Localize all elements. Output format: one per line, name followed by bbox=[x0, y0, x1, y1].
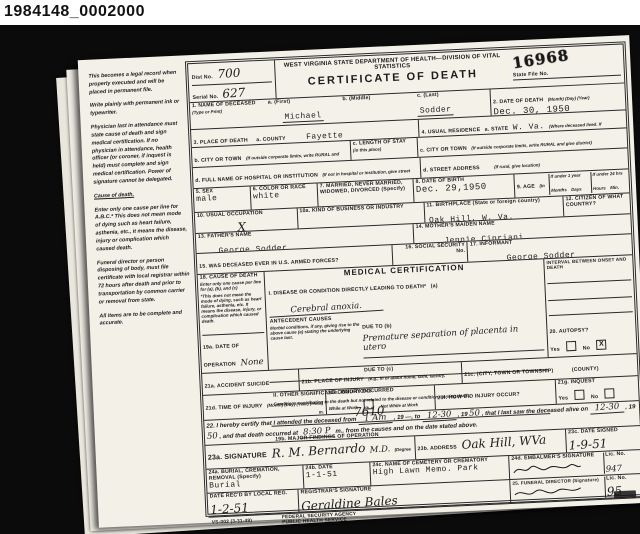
at-work-checkbox bbox=[364, 399, 374, 409]
value-operation-date: None bbox=[240, 358, 264, 368]
inquest-no-checkbox bbox=[604, 388, 614, 398]
field-date-signed: 23c. DATE SIGNED 1-9-51 bbox=[565, 426, 640, 452]
value-burial-date: 1-1-51 bbox=[306, 469, 368, 480]
value-race: white bbox=[253, 191, 315, 202]
serial-no-value: 627 bbox=[222, 86, 246, 99]
field-ssn: 16. SOCIAL SECURITY No. bbox=[392, 242, 468, 265]
field-name-last: c. (Last) Sodder bbox=[415, 90, 491, 119]
field-date-of-birth: 8. DATE OF BIRTH Dec. 29,1950 bbox=[412, 175, 514, 203]
serial-no-label: Serial No. bbox=[192, 94, 218, 101]
stamp-mark bbox=[614, 490, 636, 498]
field-name-first: a. (First) Michael bbox=[266, 96, 342, 125]
instruction-margin: This becomes a legal record when properl… bbox=[78, 55, 206, 527]
value-year-2: 50 bbox=[207, 432, 218, 441]
field-injury-occurred: 21e. INJURY OCCURRED While at Work Not W… bbox=[325, 385, 435, 414]
autopsy-yes-checkbox bbox=[566, 341, 576, 351]
margin-note: This becomes a legal record when properl… bbox=[88, 70, 181, 98]
value-res-state: W. Va. bbox=[513, 122, 545, 132]
field-name-middle: b. (Middle) bbox=[340, 93, 416, 122]
margin-note: Enter only one cause per line for A.B.C.… bbox=[94, 203, 188, 254]
certificate-page: This becomes a legal record when properl… bbox=[78, 35, 640, 528]
field-inquest: 21g. INQUEST Yes No bbox=[555, 376, 639, 404]
value-date-received: 1-2-51 bbox=[210, 501, 249, 515]
value-first-name: Michael bbox=[282, 112, 323, 123]
autopsy-no-mark: X bbox=[599, 340, 604, 347]
margin-note: Funeral director or person disposing of … bbox=[97, 256, 191, 307]
file-number-box: 16968 State File No. bbox=[509, 44, 625, 87]
field-marital: 7. MARRIED, NEVER MARRIED, WIDOWED, DIVO… bbox=[317, 179, 414, 206]
photo-id-bar: 1984148_0002000 bbox=[0, 0, 640, 25]
value-last-name: Sodder bbox=[418, 106, 454, 117]
form-number: VS-002 (3-31-49) bbox=[212, 519, 252, 526]
value-signature-address: Oak Hill, WVa bbox=[461, 433, 546, 450]
certificate-form: Dist No. 700 Serial No. 627 WEST VIRGINI… bbox=[185, 41, 640, 517]
embalmer-signature bbox=[511, 460, 581, 475]
field-date-received: DATE REC'D BY LOCAL REG. 1-2-51 bbox=[208, 489, 299, 516]
dist-no-label: Dist No. bbox=[192, 74, 213, 81]
funeral-director-signature bbox=[513, 484, 583, 499]
operation-date-label: 19a. DATE OF OPERATION bbox=[203, 343, 240, 369]
field-cause-of-death: 18. CAUSE OF DEATH Enter only one cause … bbox=[198, 272, 269, 373]
field-name-label: 1. NAME OF DECEASED (Type or Print) bbox=[190, 100, 267, 129]
margin-note: All items are to be complete and accurat… bbox=[99, 309, 192, 329]
field-burial: 24a. BURIAL, CREMATION, REMOVAL (Specify… bbox=[206, 465, 303, 492]
value-attended-to: 12-30 bbox=[422, 410, 457, 422]
inquest-yes-checkbox bbox=[574, 389, 584, 399]
interval-column: INTERVAL BETWEEN ONSET AND DEATH 20. AUT… bbox=[543, 255, 636, 357]
value-sex: male bbox=[196, 194, 248, 204]
file-number-stamp: 16968 bbox=[511, 46, 570, 72]
autopsy-no-checkbox: X bbox=[596, 339, 606, 349]
dist-serial-box: Dist No. 700 Serial No. 627 bbox=[188, 60, 277, 102]
medical-certification-block: 18. CAUSE OF DEATH Enter only one cause … bbox=[198, 254, 637, 373]
value-year-1: 50 bbox=[469, 409, 480, 418]
value-pod-county: Fayette bbox=[306, 131, 343, 142]
scanned-death-certificate: 1984148_0002000 This becomes a legal rec… bbox=[0, 0, 640, 534]
medical-center-column: MEDICAL CERTIFICATION I. DISEASE OR COND… bbox=[265, 259, 548, 370]
field-accident-suicide: 21a. ACCIDENT SUICIDE HOMICIDE (Specify) bbox=[202, 370, 299, 395]
photo-id: 1984148_0002000 bbox=[4, 3, 145, 21]
value-date-signed: 1-9-51 bbox=[568, 437, 607, 451]
margin-note: Physician last in attendance must state … bbox=[91, 121, 186, 188]
dist-no-value: 700 bbox=[217, 67, 241, 80]
physician-signature: R. M. Bernardo bbox=[271, 441, 365, 459]
physician-degree: M.D. bbox=[369, 445, 390, 455]
value-death-time: 8:30 P bbox=[299, 426, 334, 438]
field-sex: 5. SEX male bbox=[194, 187, 251, 213]
value-attended-from: 1 Am bbox=[358, 413, 393, 425]
state-file-label: State File No. bbox=[513, 69, 621, 81]
value-last-seen: 12-30 bbox=[589, 403, 624, 415]
field-length-of-stay: c. LENGTH OF STAY (in this place) bbox=[350, 138, 418, 160]
value-embalmer-lic: 947 bbox=[606, 464, 623, 474]
field-citizen: 12. CITIZEN OF WHAT COUNTRY? bbox=[562, 193, 630, 216]
margin-cause-heading: Cause of death. bbox=[94, 189, 186, 201]
field-race: 6. COLOR OR RACE white bbox=[250, 184, 318, 210]
field-burial-date: 24b. DATE 1-1-51 bbox=[302, 462, 370, 488]
field-autopsy: 20. AUTOPSY? Yes No X bbox=[549, 316, 635, 356]
value-date-of-birth: Dec. 29,1950 bbox=[416, 182, 512, 195]
margin-note: Write plainly with permanent ink or type… bbox=[90, 99, 183, 119]
